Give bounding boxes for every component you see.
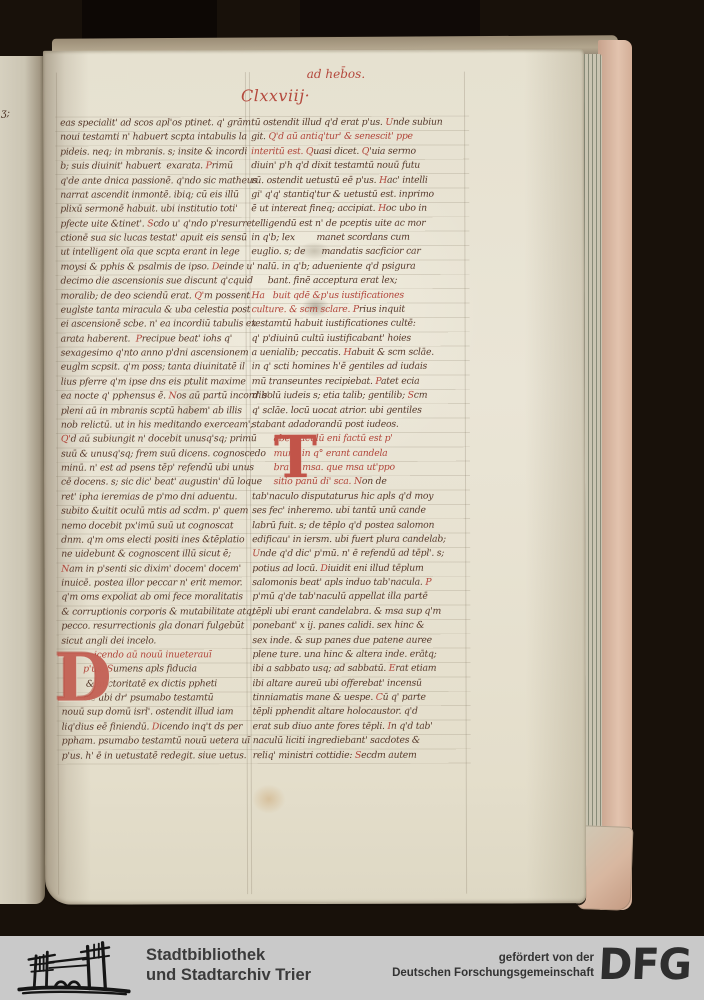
manuscript-text-line: tēpli ubi erant candelabra. & msa sup q'…: [252, 604, 470, 619]
manuscript-text-line: nalū. in q'b; adueniente q'd psigura: [251, 259, 469, 274]
manuscript-text-line: sex inde. & sup panes due patene auree: [252, 633, 470, 648]
manuscript-text-line: rū. ostendit uetustū eē p'us. Hac' intel…: [251, 173, 469, 188]
manuscript-text-line: ei ascensionē scbe. n' ea incordiū tabul…: [61, 317, 251, 332]
manuscript-text-line: moysi & pphis & psalmis de ipso. Deinde …: [60, 260, 250, 275]
manuscript-text-line: cē docens. s; sic dic' beat' augustin' d…: [61, 476, 251, 491]
manuscript-text-line: telligendū est n' de pceptis uite ac mor: [251, 216, 469, 231]
manuscript-text-line: arata haberent. Precipue beat' iohs q': [61, 332, 251, 347]
manuscript-text-line: suū & unusq'sq; frem suū dicens. cognosc…: [61, 447, 251, 462]
manuscript-text-line: subito &uitit oculū mtis ad scdm. p' que…: [61, 504, 251, 519]
manuscript-text-line: q' sclāe. locū uocat atrior. ubi gentile…: [252, 403, 470, 418]
manuscript-text-line: ctionē sua sic lucas testat' apuit eis s…: [60, 231, 250, 246]
background-shadow-band: [300, 0, 480, 36]
decorated-initial-t: T: [274, 428, 317, 486]
manuscript-text-line: liq'dius eē finiendū. Dicendo inq't ds p…: [62, 720, 252, 735]
manuscript-text-line: Nam in p'senti sic dixim' docem' docem': [61, 562, 251, 577]
manuscript-text-line: salomonis beat' apls induo tab'nacula. P: [252, 576, 470, 591]
manuscript-text-line: diuin' p'h q'd dixit testamtū nouū futu: [251, 159, 469, 174]
manuscript-text-line: euglm scpsit. q'm poss; tanta diuinitatē…: [61, 361, 251, 376]
manuscript-text-line: labrū fuit. s; de tēplo q'd postea salom…: [252, 518, 470, 533]
manuscript-text-line: tēpli pphendit altare holocaustor. q'd: [253, 705, 471, 720]
manuscript-text-line: p'mū q'de tab'naculū appellat illa partē: [252, 590, 470, 605]
manuscript-text-line: in q' scti homines h'ē gentiles ad iudai…: [252, 360, 470, 375]
digitization-footer-banner: Stadtbibliothek und Stadtarchiv Trier ge…: [0, 936, 704, 1000]
funding-credit: gefördert von der Deutschen Forschungsge…: [392, 951, 594, 981]
manuscript-text-line: Unde q'd dic' p'mū. n' ē refendū ad tēpl…: [252, 547, 470, 562]
book-fore-edge: [598, 40, 632, 910]
manuscript-text-line: pideis. neq; in mbranis. s; insite & inc…: [60, 145, 250, 160]
manuscript-text-line: moralib; de deo sciendū erat. Q'm possen…: [61, 289, 251, 304]
facing-page-sliver: ʒ;: [0, 56, 45, 904]
manuscript-text-line: q'de ante dnica passionē. q'ndo sic math…: [60, 174, 250, 189]
library-name-line2: und Stadtarchiv Trier: [146, 965, 311, 985]
library-name: Stadtbibliothek und Stadtarchiv Trier: [146, 945, 311, 985]
funding-line2: Deutschen Forschungsgemeinschaft: [392, 966, 594, 981]
manuscript-text-line: nob relictū. ut in his meditando exercea…: [61, 418, 251, 433]
manuscript-text-line: & corruptionis corporis & mutabilitate a…: [61, 605, 251, 620]
manuscript-text-line: tinniamatis mane & uespe. Cū q' parte: [253, 691, 471, 706]
manuscript-text-line: decimo die ascensionis sue discunt q'cqu…: [60, 274, 250, 289]
manuscript-text-line: edificau' in iersm. ubi fuert plura cand…: [252, 532, 470, 547]
manuscript-text-line: mū transeuntes recipiebat. Patet ecia: [252, 374, 470, 389]
folio-number: Clxxviij·: [241, 86, 310, 105]
manuscript-text-line: lius pferre q'm ipse dns eis ptulit maxi…: [61, 375, 251, 390]
manuscript-text-line: ret' ipha ieremias de p'mo dni aduentu.: [61, 490, 251, 505]
manuscript-page: ad heb̄os. Clxxviij· eas specialit' ad s…: [43, 49, 586, 904]
manuscript-text-line: a uenialib; peccatis. Habuit & scm sclāe…: [252, 346, 470, 361]
manuscript-text-line: narrat ascendit inmontē. ibiq; cū eis il…: [60, 188, 250, 203]
manuscript-text-line: ne uidebunt & cognoscent illū sicut ē;: [61, 547, 251, 562]
manuscript-text-line: Ha buit qdē &p'us iustificationes: [252, 288, 470, 303]
manuscript-text-line: plene ture. una hinc & altera inde. erāt…: [252, 647, 470, 662]
manuscript-text-line: pfecte uite &tinet'. Scdo u' q'ndo p'res…: [60, 217, 250, 232]
manuscript-text-line: ponebant' x ij. panes calidi. sex hinc &: [252, 619, 470, 634]
manuscript-text-line: dnm. q'm oms electi positi ines &tēplati…: [61, 533, 251, 548]
manuscript-text-line: sexagesimo q'nto anno p'dni ascensionem: [61, 346, 251, 361]
manuscript-text-line: eas specialit' ad scos apl'os ptinet. q'…: [60, 116, 250, 131]
manuscript-text-line: minū. n' est ad psens tēp' refendū ubi u…: [61, 461, 251, 476]
digitized-manuscript-viewer: ʒ; ad heb̄os. Clxxviij· eas specialit' a…: [0, 0, 704, 1000]
manuscript-text-line: in q'b; lex manet scordans cum: [251, 231, 469, 246]
manuscript-text-line: ibi a sabbato usq; ad sabbatū. Erat etia…: [252, 662, 470, 677]
manuscript-text-line: testamtū habuit iustificationes cultē:: [252, 317, 470, 332]
parchment-stain: [245, 778, 293, 820]
manuscript-text-line: euglste tanta miracula & uba celestia po…: [61, 303, 251, 318]
manuscript-text-line: q' p'diuinū cultū iustificabant' hoies: [252, 331, 470, 346]
porta-nigra-sketch-icon: [12, 939, 136, 997]
manuscript-text-line: n' solū iudeis s; etia talib; gentilib; …: [252, 389, 470, 404]
manuscript-text-line: nemo docebit px'imū suū ut cognoscat: [61, 519, 251, 534]
manuscript-text-line: potius ad locū. Diuidit eni illud tēplum: [252, 561, 470, 576]
manuscript-text-line: tū ostendit illud q'd erat p'us. Unde su…: [251, 116, 469, 131]
manuscript-text-line: bant. finē acceptura erat lex;: [251, 274, 469, 289]
library-name-line1: Stadtbibliothek: [146, 945, 311, 965]
manuscript-text-line: noui testamti n' habuert scpta intabulis…: [60, 131, 250, 146]
manuscript-text-line: Q'd aū subiungit n' docebit unusq'sq; pr…: [61, 432, 251, 447]
manuscript-text-line: p'us. h' ē in uetustatē redegit. siue ue…: [62, 749, 252, 764]
manuscript-text-line: tab'naculo disputaturus hic apls q'd moy: [252, 489, 470, 504]
manuscript-text-line: ē ut intereat fineq; accipiat. Hoc ubo i…: [251, 202, 469, 217]
manuscript-text-line: q'm oms expoliat ab omi fece moralitatis: [61, 591, 251, 606]
manuscript-text-line: b; suis diuinit' habuert exarata. Primū: [60, 159, 250, 174]
manuscript-text-line: erat sub diuo ante fores tēpli. In q'd t…: [253, 719, 471, 734]
manuscript-text-line: pleni aū in mbranis scptū habem' ab illi…: [61, 404, 251, 419]
running-header: ad heb̄os.: [281, 67, 391, 81]
manuscript-text-line: naculū liciti ingrediebant' sacdotes &: [253, 734, 471, 749]
funding-line1: gefördert von der: [392, 951, 594, 966]
manuscript-text-line: gi' q'q' stantiq'tur & uetustū est. inpr…: [251, 187, 469, 202]
manuscript-text-line: culture. & scm sclare. Prius inquit: [252, 302, 470, 317]
manuscript-text-line: ea nocte q' pphensus ē. Nos aū partū inc…: [61, 389, 251, 404]
manuscript-text-line: reliq' ministri cottidie: Secdm autem: [253, 748, 471, 763]
manuscript-text-line: ppham. psumabo testamtū nouū uetera uī: [62, 734, 252, 749]
manuscript-text-line: ses fec' inheremo. ubi tantū unū cande: [252, 504, 470, 519]
manuscript-text-line: ibi altare aureū ubi offerebat' incensū: [253, 676, 471, 691]
manuscript-text-line: ut intelligent oīa que scpta erant in le…: [60, 246, 250, 261]
manuscript-text-line: inuicē. postea illor peccar n' erit memo…: [61, 576, 251, 591]
manuscript-text-line: euglio. s; de mandatis sacficior car: [251, 245, 469, 260]
manuscript-text-line: git. Q'd aū antiq'tur' & senescit' ppe: [251, 130, 469, 145]
margin-mark: ʒ;: [1, 108, 10, 119]
manuscript-text-line: plixū sermonē habuit. ubi institutio tot…: [60, 202, 250, 217]
decorated-initial-d: D: [54, 645, 111, 711]
manuscript-text-line: pecco. resurrectionis gla donari fulgebū…: [61, 619, 251, 634]
dfg-logo: DFG: [597, 940, 694, 990]
manuscript-text-line: interitū est. Quasi dicet. Q'uia sermo: [251, 144, 469, 159]
